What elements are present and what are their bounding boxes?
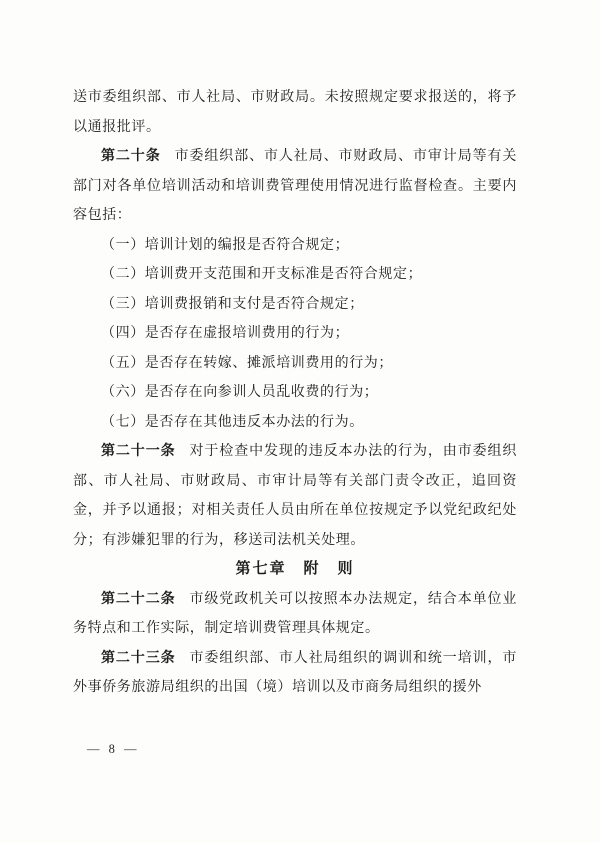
list-item-6: （六）是否存在向参训人员乱收费的行为； xyxy=(73,378,517,408)
list-item-5: （五）是否存在转嫁、摊派培训费用的行为； xyxy=(73,349,517,379)
article-23-number: 第二十三条 xyxy=(101,651,176,666)
document-page: 送市委组织部、市人社局、市财政局。未按照规定要求报送的，将予以通报批评。 第二十… xyxy=(0,0,600,843)
paragraph-continuation: 送市委组织部、市人社局、市财政局。未按照规定要求报送的，将予以通报批评。 xyxy=(73,83,517,142)
list-item-2: （二）培训费开支范围和开支标准是否符合规定； xyxy=(73,260,517,290)
list-item-4: （四）是否存在虚报培训费用的行为； xyxy=(73,319,517,349)
chapter-heading: 第七章 附 则 xyxy=(73,555,517,585)
article-21-text: 对于检查中发现的违反本办法的行为，由市委组织部、市人社局、市财政局、市审计局等有… xyxy=(73,444,517,548)
list-item-3: （三）培训费报销和支付是否符合规定； xyxy=(73,290,517,320)
page-number: — 8 — xyxy=(87,742,140,757)
article-20: 第二十条市委组织部、市人社局、市财政局、市审计局等有关部门对各单位培训活动和培训… xyxy=(73,142,517,231)
document-body: 送市委组织部、市人社局、市财政局。未按照规定要求报送的，将予以通报批评。 第二十… xyxy=(73,83,517,703)
list-item-1: （一）培训计划的编报是否符合规定； xyxy=(73,231,517,261)
article-22-number: 第二十二条 xyxy=(101,592,176,607)
article-21: 第二十一条对于检查中发现的违反本办法的行为，由市委组织部、市人社局、市财政局、市… xyxy=(73,437,517,555)
article-20-number: 第二十条 xyxy=(101,149,161,164)
article-22: 第二十二条市级党政机关可以按照本办法规定，结合本单位业务特点和工作实际，制定培训… xyxy=(73,585,517,644)
list-item-7: （七）是否存在其他违反本办法的行为。 xyxy=(73,408,517,438)
article-23: 第二十三条市委组织部、市人社局组织的调训和统一培训，市外事侨务旅游局组织的出国（… xyxy=(73,644,517,703)
article-21-number: 第二十一条 xyxy=(101,444,176,459)
